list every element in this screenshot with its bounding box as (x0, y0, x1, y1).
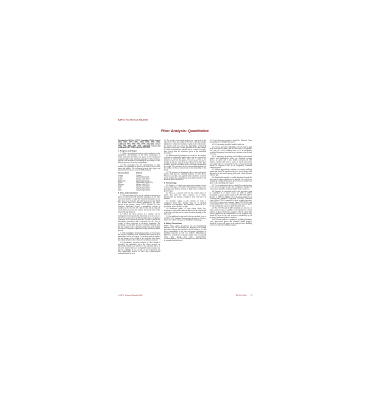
paragraph: 1.1 This test method presents general pr… (118, 152, 160, 163)
table-cell: Sodium Hypochlorite (136, 189, 160, 191)
article-columns: Developed in 1952 by AATCC Committee RA2… (118, 140, 252, 298)
screenshot-canvas: { "page": { "header_method": "AATCC Test… (0, 0, 368, 420)
paragraph: 1.2 The procedures for the determination… (118, 164, 160, 171)
footer-right: TM 20A-2004 57 (235, 294, 252, 296)
paragraph: 3.3 moisture regain, n.—the amount of wa… (164, 200, 206, 207)
paragraph: 2.2 When the fibers present in a mixture… (118, 213, 160, 231)
paragraph: 2.1 The procedures given for the analysi… (118, 195, 160, 213)
paragraph: 4.9 The 29 CFR and ACGIH standards are o… (210, 207, 252, 218)
paragraph: 2.4 Quantitative chemical analysis of fi… (118, 242, 160, 255)
fiber-solvent-table: Generic NameSolventAcetateAcetoneAcrylic… (118, 172, 160, 191)
text-column-2: 2.5 The results of chemical analyses are… (164, 140, 206, 298)
document-page: AATCC Test Method 20A-2004 Fiber Analysi… (117, 118, 253, 298)
paragraph: NOTE: These safety precautions are for i… (164, 225, 206, 241)
footer-manual-label: AATCC Technical Manual/2008 (118, 294, 142, 296)
paragraph: 4.10 Personal protective equipment, incl… (210, 219, 252, 226)
paragraph: 2.6 Microscopical procedures are useful … (164, 155, 206, 171)
paragraph: 4.8 Exposure to chemicals used in this p… (210, 190, 252, 206)
paragraph: 4.5 Sodium hypochlorite solutions are st… (210, 169, 252, 176)
page-content: AATCC Test Method 20A-2004 Fiber Analysi… (117, 118, 253, 298)
method-number-header: AATCC Test Method 20A-2004 (118, 119, 148, 121)
table-cell: Wool (118, 189, 136, 191)
paragraph: 2.5 The results of chemical analyses are… (164, 140, 206, 155)
table-row: WoolSodium Hypochlorite (118, 189, 160, 191)
page-number: 57 (251, 294, 253, 296)
footer-method-code: TM 20A-2004 (235, 294, 246, 296)
paragraph: 3.4 nonfibrous matter, n.—any sizing, fi… (164, 208, 206, 215)
text-column-1: Developed in 1952 by AATCC Committee RA2… (118, 140, 160, 298)
paragraph: 4.6 Dimethylformamide is readily absorbe… (210, 177, 252, 184)
paragraph: 4.7 An eyewash/safety shower should be l… (210, 184, 252, 189)
paragraph: 2.7 The presence of delustrants, dyes, r… (164, 172, 206, 181)
paragraph: 4.4 In preparing, dispensing and handlin… (210, 156, 252, 169)
paragraph: 4.3 Acetone and other flammable solvents… (210, 146, 252, 155)
paragraph: 2.3 The quantitative chemical procedures… (118, 232, 160, 241)
paragraph: 3.2 fiber, n.—a generic term for the var… (164, 192, 206, 199)
document-title: Fiber Analysis: Quantitative (117, 129, 253, 133)
text-column-3: 4.1 Good laboratory practices should be … (210, 140, 252, 298)
paragraph: Developed in 1952 by AATCC Committee RA2… (118, 140, 160, 149)
paragraph: 3.5 For additional terms used in this te… (164, 216, 206, 221)
paragraph: 3.1 blend, n.—a single yarn spun from a … (164, 184, 206, 191)
